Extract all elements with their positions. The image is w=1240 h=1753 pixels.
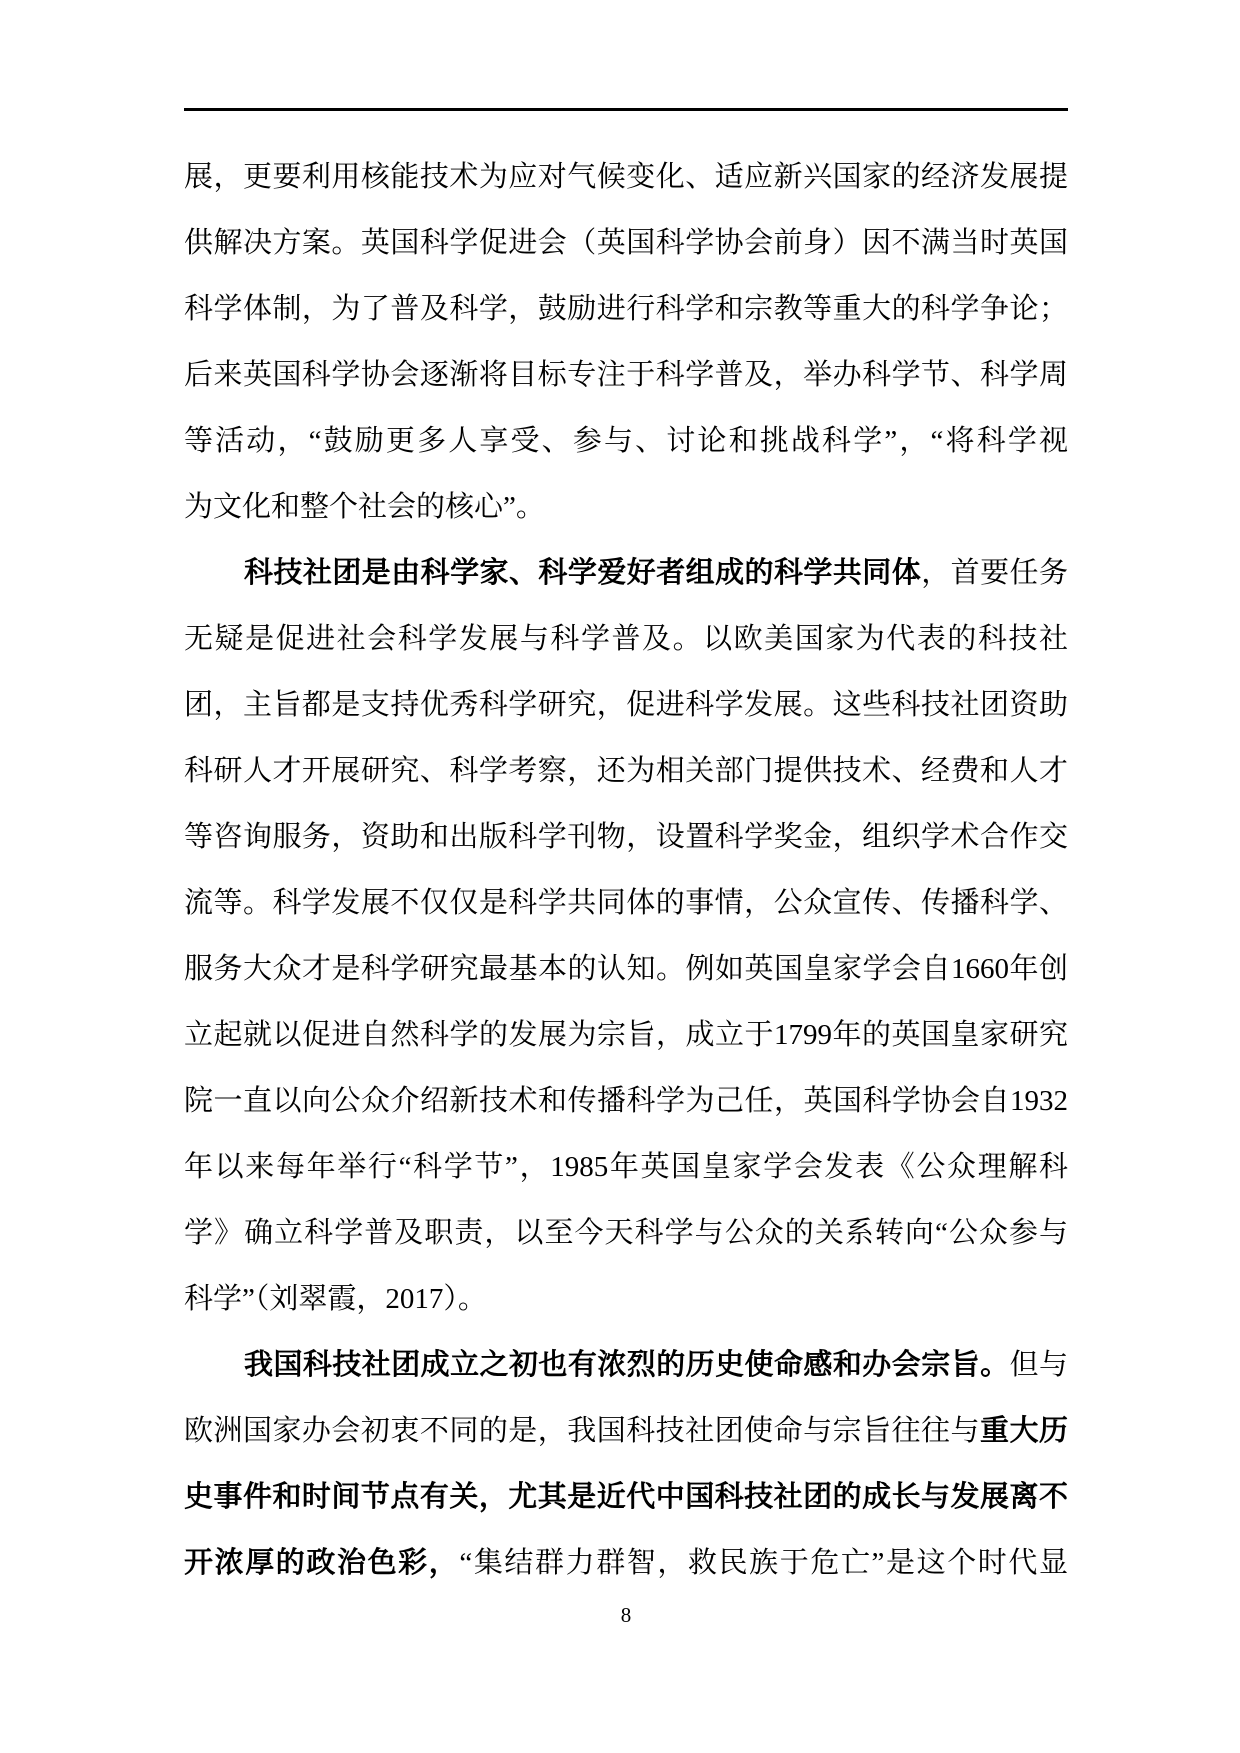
text-line: 等活动，“鼓励更多人享受、参与、讨论和挑战科学”，“将科学视 <box>184 408 1068 474</box>
text-segment: 立起就以促进自然科学的发展为宗旨，成立于1799年的英国皇家研究 <box>184 1019 1068 1051</box>
text-line: 展，更要利用核能技术为应对气候变化、适应新兴国家的经济发展提 <box>184 144 1068 210</box>
text-segment: 服务大众才是科学研究最基本的认知。例如英国皇家学会自1660年创 <box>184 953 1068 985</box>
page-number: 8 <box>184 1600 1068 1630</box>
text-segment: 欧洲国家办会初衷不同的是，我国科技社团使命与宗旨往往与 <box>184 1415 980 1447</box>
bold-text-segment: 我国科技社团成立之初也有浓烈的历史使命感和办会宗旨。 <box>244 1349 1010 1381</box>
text-segment: 科学体制，为了普及科学，鼓励进行科学和宗教等重大的科学争论； <box>184 293 1068 325</box>
text-line: 科学”（刘翠霞，2017）。 <box>184 1266 1068 1332</box>
text-line: 团，主旨都是支持优秀科学研究，促进科学发展。这些科技社团资助 <box>184 672 1068 738</box>
text-segment: 但与 <box>1010 1349 1068 1381</box>
document-body: 展，更要利用核能技术为应对气候变化、适应新兴国家的经济发展提供解决方案。英国科学… <box>184 144 1068 1596</box>
text-segment: 无疑是促进社会科学发展与科学普及。以欧美国家为代表的科技社 <box>184 623 1068 655</box>
text-segment: 为文化和整个社会的核心”。 <box>184 491 545 523</box>
text-segment: 科研人才开展研究、科学考察，还为相关部门提供技术、经费和人才 <box>184 755 1068 787</box>
text-line: 学》确立科学普及职责，以至今天科学与公众的关系转向“公众参与 <box>184 1200 1068 1266</box>
text-segment: ，首要任务 <box>921 557 1068 589</box>
header-rule <box>184 108 1068 111</box>
text-line: 立起就以促进自然科学的发展为宗旨，成立于1799年的英国皇家研究 <box>184 1002 1068 1068</box>
text-line: 欧洲国家办会初衷不同的是，我国科技社团使命与宗旨往往与重大历 <box>184 1398 1068 1464</box>
text-line: 流等。科学发展不仅仅是科学共同体的事情，公众宣传、传播科学、 <box>184 870 1068 936</box>
text-segment: 院一直以向公众介绍新技术和传播科学为己任，英国科学协会自1932 <box>184 1085 1068 1117</box>
text-segment: 后来英国科学协会逐渐将目标专注于科学普及，举办科学节、科学周 <box>184 359 1068 391</box>
text-line: 后来英国科学协会逐渐将目标专注于科学普及，举办科学节、科学周 <box>184 342 1068 408</box>
text-line: 科技社团是由科学家、科学爱好者组成的科学共同体，首要任务 <box>184 540 1068 606</box>
text-line: 服务大众才是科学研究最基本的认知。例如英国皇家学会自1660年创 <box>184 936 1068 1002</box>
text-segment: 学》确立科学普及职责，以至今天科学与公众的关系转向“公众参与 <box>184 1217 1068 1249</box>
bold-text-segment: 科技社团是由科学家、科学爱好者组成的科学共同体 <box>244 557 921 589</box>
text-line: 我国科技社团成立之初也有浓烈的历史使命感和办会宗旨。但与 <box>184 1332 1068 1398</box>
bold-text-segment: 开浓厚的政治色彩， <box>184 1547 459 1579</box>
text-segment: 等活动，“鼓励更多人享受、参与、讨论和挑战科学”，“将科学视 <box>184 425 1068 457</box>
paragraph: 科技社团是由科学家、科学爱好者组成的科学共同体，首要任务无疑是促进社会科学发展与… <box>184 540 1068 1332</box>
text-segment: 供解决方案。英国科学促进会（英国科学协会前身）因不满当时英国 <box>184 227 1068 259</box>
text-line: 等咨询服务，资助和出版科学刊物，设置科学奖金，组织学术合作交 <box>184 804 1068 870</box>
text-line: 院一直以向公众介绍新技术和传播科学为己任，英国科学协会自1932 <box>184 1068 1068 1134</box>
bold-text-segment: 史事件和时间节点有关，尤其是近代中国科技社团的成长与发展离不 <box>184 1481 1068 1513</box>
text-segment: 年以来每年举行“科学节”，1985年英国皇家学会发表《公众理解科 <box>184 1151 1068 1183</box>
text-segment: 展，更要利用核能技术为应对气候变化、适应新兴国家的经济发展提 <box>184 161 1068 193</box>
text-line: 科学体制，为了普及科学，鼓励进行科学和宗教等重大的科学争论； <box>184 276 1068 342</box>
text-line: 为文化和整个社会的核心”。 <box>184 474 1068 540</box>
text-line: 开浓厚的政治色彩，“集结群力群智，救民族于危亡”是这个时代显 <box>184 1530 1068 1596</box>
text-segment: 科学”（刘翠霞，2017）。 <box>184 1283 487 1315</box>
text-segment: “集结群力群智，救民族于危亡”是这个时代显 <box>459 1547 1068 1579</box>
text-line: 无疑是促进社会科学发展与科学普及。以欧美国家为代表的科技社 <box>184 606 1068 672</box>
document-page: 展，更要利用核能技术为应对气候变化、适应新兴国家的经济发展提供解决方案。英国科学… <box>0 0 1240 1753</box>
text-segment: 流等。科学发展不仅仅是科学共同体的事情，公众宣传、传播科学、 <box>184 887 1068 919</box>
text-segment: 等咨询服务，资助和出版科学刊物，设置科学奖金，组织学术合作交 <box>184 821 1068 853</box>
paragraph: 展，更要利用核能技术为应对气候变化、适应新兴国家的经济发展提供解决方案。英国科学… <box>184 144 1068 540</box>
text-line: 年以来每年举行“科学节”，1985年英国皇家学会发表《公众理解科 <box>184 1134 1068 1200</box>
text-line: 科研人才开展研究、科学考察，还为相关部门提供技术、经费和人才 <box>184 738 1068 804</box>
text-line: 供解决方案。英国科学促进会（英国科学协会前身）因不满当时英国 <box>184 210 1068 276</box>
text-segment: 团，主旨都是支持优秀科学研究，促进科学发展。这些科技社团资助 <box>184 689 1068 721</box>
text-line: 史事件和时间节点有关，尤其是近代中国科技社团的成长与发展离不 <box>184 1464 1068 1530</box>
bold-text-segment: 重大历 <box>980 1415 1068 1447</box>
paragraph: 我国科技社团成立之初也有浓烈的历史使命感和办会宗旨。但与欧洲国家办会初衷不同的是… <box>184 1332 1068 1596</box>
